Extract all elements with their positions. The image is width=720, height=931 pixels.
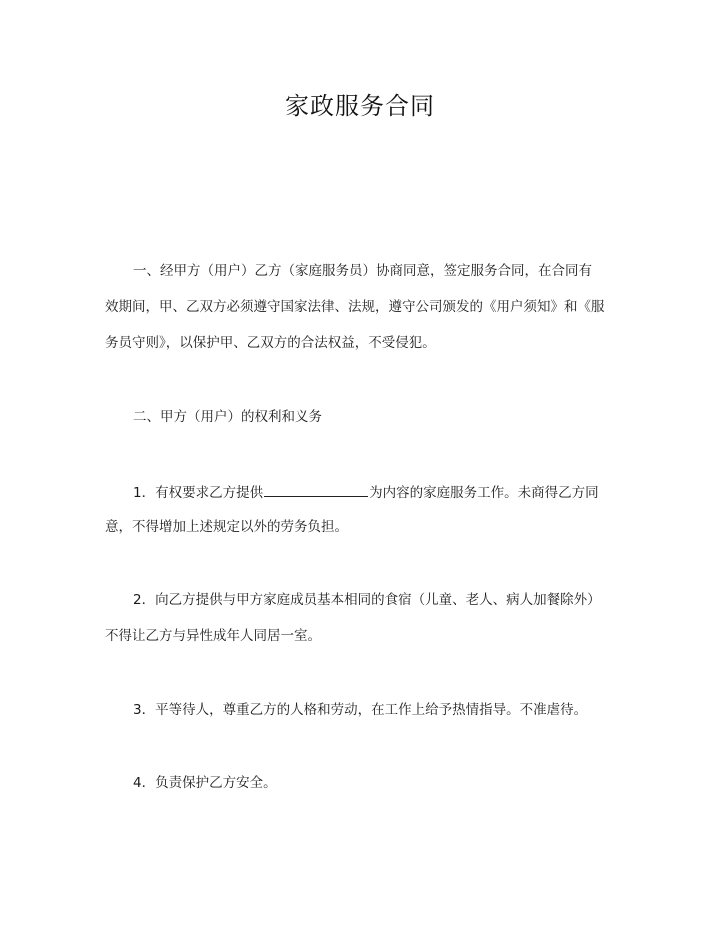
item2-line1: 2．向乙方提供与甲方家庭成员基本相同的食宿（儿童、老人、病人加餐除外） bbox=[133, 591, 601, 609]
section1-line3: 务员守则》，以保护甲、乙双方的合法权益，不受侵犯。 bbox=[105, 334, 436, 352]
fill-in-blank[interactable] bbox=[264, 482, 368, 497]
item1-text-a: 1．有权要求乙方提供 bbox=[133, 485, 263, 501]
item3: 3．平等待人，尊重乙方的人格和劳动，在工作上给予热情指导。不准虐待。 bbox=[133, 701, 587, 719]
section1-line1: 一、经甲方（用户）乙方（家庭服务员）协商同意，签定服务合同，在合同有 bbox=[133, 262, 592, 280]
document-title: 家政服务合同 bbox=[0, 86, 720, 121]
section2-heading: 二、甲方（用户）的权利和义务 bbox=[133, 408, 322, 426]
item1-line1: 1．有权要求乙方提供为内容的家庭服务工作。未商得乙方同 bbox=[133, 482, 599, 502]
item4: 4．负责保护乙方安全。 bbox=[133, 774, 277, 792]
item1-text-b: 为内容的家庭服务工作。未商得乙方同 bbox=[369, 485, 599, 501]
item1-line2: 意，不得增加上述规定以外的劳务负担。 bbox=[105, 518, 348, 536]
item2-line2: 不得让乙方与异性成年人同居一室。 bbox=[105, 627, 321, 645]
section1-line2: 效期间，甲、乙双方必须遵守国家法律、法规，遵守公司颁发的《用户须知》和《服 bbox=[105, 298, 605, 316]
